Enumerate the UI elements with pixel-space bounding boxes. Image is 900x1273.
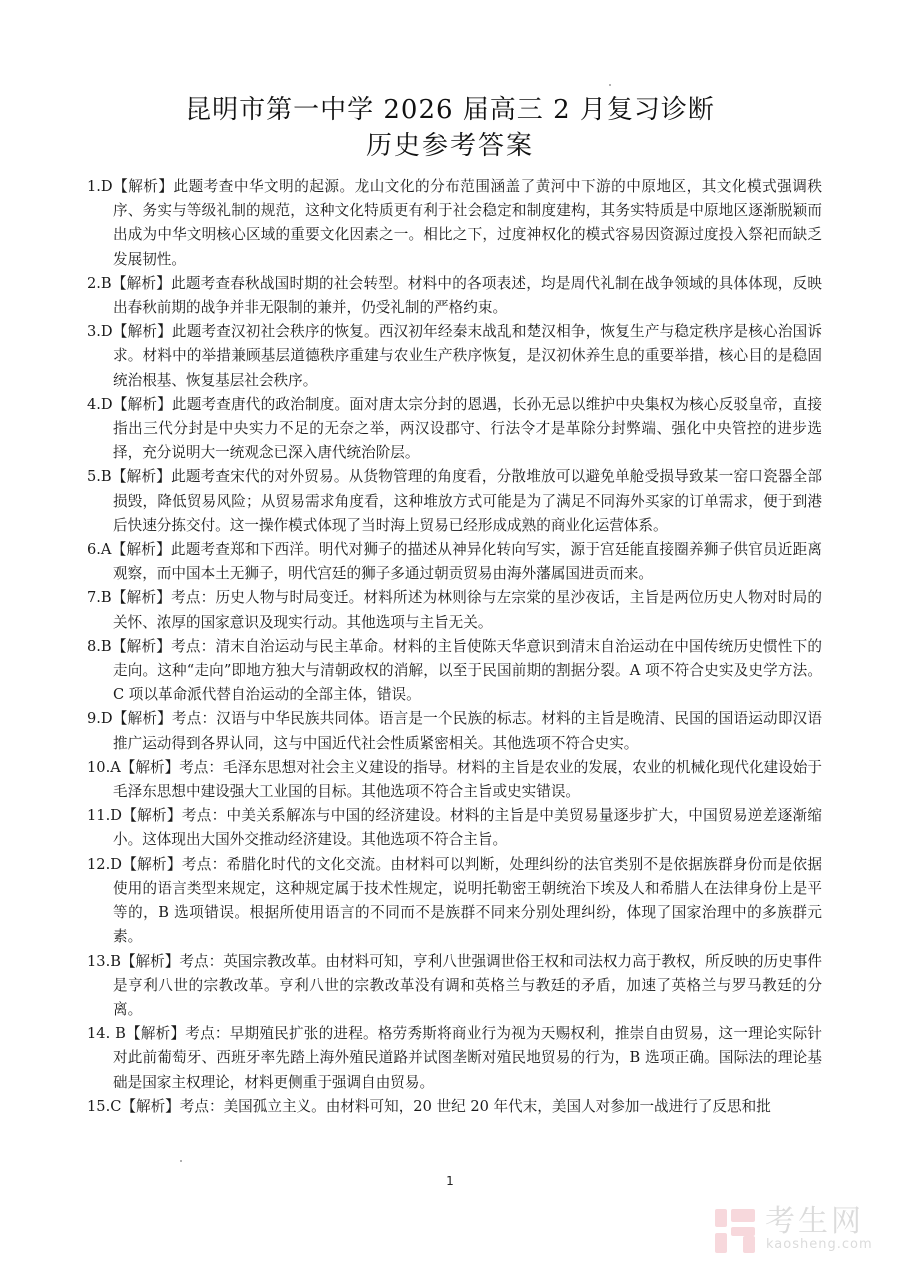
answer-id: 3.D <box>87 323 113 340</box>
answer-item-6: 6.A【解析】此题考查郑和下西洋。明代对狮子的描述从神异化转向写实，源于宫廷能直… <box>87 538 822 586</box>
analysis-tag: 【解析】 <box>121 759 179 776</box>
answer-item-9: 9.D【解析】考点：汉语与中华民族共同体。语言是一个民族的标志。材料的主旨是晚清… <box>87 707 822 755</box>
title-block: 昆明市第一中学 2026 届高三 2 月复习诊断 历史参考答案 <box>0 92 900 164</box>
answer-item-12: 12.D【解析】考点：希腊化时代的文化交流。由材料可以判断，处理纠纷的法官类别不… <box>87 853 822 950</box>
answer-text: 此题考查唐代的政治制度。面对唐太宗分封的恩遇，长孙无忌以维护中央集权为核心反驳皇… <box>113 396 822 461</box>
analysis-tag: 【解析】 <box>113 178 174 195</box>
answer-id: 1.D <box>87 178 113 195</box>
answer-text: 此题考查宋代的对外贸易。从货物管理的角度看，分散堆放可以避免单舱受损导致某一窑口… <box>113 468 822 533</box>
analysis-tag: 【解析】 <box>126 1025 185 1042</box>
answer-item-7: 7.B【解析】考点：历史人物与时局变迁。材料所述为林则徐与左宗棠的星沙夜话，主旨… <box>87 586 822 634</box>
answer-text: 此题考查汉初社会秩序的恢复。西汉初年经秦末战乱和楚汉相争，恢复生产与稳定秩序是核… <box>113 323 822 388</box>
answer-list: 1.D【解析】此题考查中华文明的起源。龙山文化的分布范围涵盖了黄河中下游的中原地… <box>87 175 822 1119</box>
page-number: 1 <box>0 1174 900 1188</box>
answer-text: 考点：毛泽东思想对社会主义建设的指导。材料的主旨是农业的发展，农业的机械化现代化… <box>113 759 822 800</box>
answer-item-11: 11.D【解析】考点：中美关系解冻与中国的经济建设。材料的主旨是中美贸易量逐步扩… <box>87 804 822 852</box>
answer-text: 考点：英国宗教改革。由材料可知，亨利八世强调世俗王权和司法权力高于教权，所反映的… <box>113 953 822 1018</box>
answer-id: 15.C <box>87 1098 121 1115</box>
answer-id: 12.D <box>87 856 122 873</box>
answer-text: 此题考查郑和下西洋。明代对狮子的描述从神异化转向写实，源于宫廷能直接圈养狮子供官… <box>113 541 822 582</box>
document-title: 昆明市第一中学 2026 届高三 2 月复习诊断 <box>0 92 900 128</box>
answer-item-4: 4.D【解析】此题考查唐代的政治制度。面对唐太宗分封的恩遇，长孙无忌以维护中央集… <box>87 393 822 466</box>
document-page: 昆明市第一中学 2026 届高三 2 月复习诊断 历史参考答案 1.D【解析】此… <box>0 0 900 1273</box>
analysis-tag: 【解析】 <box>122 807 182 824</box>
analysis-tag: 【解析】 <box>112 638 171 655</box>
answer-item-5: 5.B【解析】此题考查宋代的对外贸易。从货物管理的角度看，分散堆放可以避免单舱受… <box>87 465 822 538</box>
analysis-tag: 【解析】 <box>111 541 170 558</box>
answer-id: 13.B <box>87 953 121 970</box>
answer-text: 考点：汉语与中华民族共同体。语言是一个民族的标志。材料的主旨是晚清、民国的国语运… <box>113 710 822 751</box>
answer-item-8: 8.B【解析】考点：清末自治运动与民主革命。材料的主旨使陈天华意识到清末自治运动… <box>87 635 822 708</box>
scan-speck <box>180 1160 182 1162</box>
answer-text: 考点：早期殖民扩张的进程。格劳秀斯将商业行为视为天赐权利，推崇自由贸易，这一理论… <box>113 1025 822 1090</box>
answer-id: 9.D <box>87 710 113 727</box>
answer-id: 6.A <box>87 541 111 558</box>
answer-id: 7.B <box>87 589 112 606</box>
answer-text: 考点：清末自治运动与民主革命。材料的主旨使陈天华意识到清末自治运动在中国传统历史… <box>113 638 822 703</box>
answer-item-10: 10.A【解析】考点：毛泽东思想对社会主义建设的指导。材料的主旨是农业的发展，农… <box>87 756 822 804</box>
answer-text: 此题考查春秋战国时期的社会转型。材料中的各项表述，均是周代礼制在战争领域的具体体… <box>113 275 822 316</box>
analysis-tag: 【解析】 <box>122 856 182 873</box>
answer-text: 考点：历史人物与时局变迁。材料所述为林则徐与左宗棠的星沙夜话，主旨是两位历史人物… <box>113 589 822 630</box>
scan-speck <box>609 84 611 86</box>
watermark-brand: 考生网 <box>765 1206 864 1238</box>
answer-id: 14. B <box>87 1025 126 1042</box>
answer-text: 考点：希腊化时代的文化交流。由材料可以判断，处理纠纷的法官类别不是依据族群身份而… <box>113 856 822 946</box>
watermark-url: kaosheng.com <box>766 1237 873 1252</box>
answer-id: 5.B <box>87 468 112 485</box>
answer-text: 考点：美国孤立主义。由材料可知，20 世纪 20 年代末，美国人对参加一战进行了… <box>180 1098 771 1115</box>
analysis-tag: 【解析】 <box>112 468 171 485</box>
watermark: 考生网 kaosheng.com <box>715 1206 895 1256</box>
document-subtitle: 历史参考答案 <box>0 128 900 164</box>
analysis-tag: 【解析】 <box>113 323 172 340</box>
answer-item-13: 13.B【解析】考点：英国宗教改革。由材料可知，亨利八世强调世俗王权和司法权力高… <box>87 950 822 1023</box>
answer-item-1: 1.D【解析】此题考查中华文明的起源。龙山文化的分布范围涵盖了黄河中下游的中原地… <box>87 175 822 272</box>
analysis-tag: 【解析】 <box>121 953 179 970</box>
analysis-tag: 【解析】 <box>113 396 172 413</box>
kaosheng-logo-icon <box>715 1209 755 1253</box>
analysis-tag: 【解析】 <box>112 275 171 292</box>
answer-item-2: 2.B【解析】此题考查春秋战国时期的社会转型。材料中的各项表述，均是周代礼制在战… <box>87 272 822 320</box>
answer-id: 4.D <box>87 396 113 413</box>
answer-id: 2.B <box>87 275 112 292</box>
analysis-tag: 【解析】 <box>113 710 172 727</box>
answer-id: 8.B <box>87 638 112 655</box>
answer-text: 考点：中美关系解冻与中国的经济建设。材料的主旨是中美贸易量逐步扩大，中国贸易逆差… <box>113 807 822 848</box>
answer-item-14: 14. B【解析】考点：早期殖民扩张的进程。格劳秀斯将商业行为视为天赐权利，推崇… <box>87 1022 822 1095</box>
answer-id: 10.A <box>87 759 121 776</box>
answer-text: 此题考查中华文明的起源。龙山文化的分布范围涵盖了黄河中下游的中原地区，其文化模式… <box>113 178 822 268</box>
answer-item-15: 15.C【解析】考点：美国孤立主义。由材料可知，20 世纪 20 年代末，美国人… <box>87 1095 822 1119</box>
answer-id: 11.D <box>87 807 122 824</box>
analysis-tag: 【解析】 <box>112 589 171 606</box>
analysis-tag: 【解析】 <box>121 1098 179 1115</box>
answer-item-3: 3.D【解析】此题考查汉初社会秩序的恢复。西汉初年经秦末战乱和楚汉相争，恢复生产… <box>87 320 822 393</box>
